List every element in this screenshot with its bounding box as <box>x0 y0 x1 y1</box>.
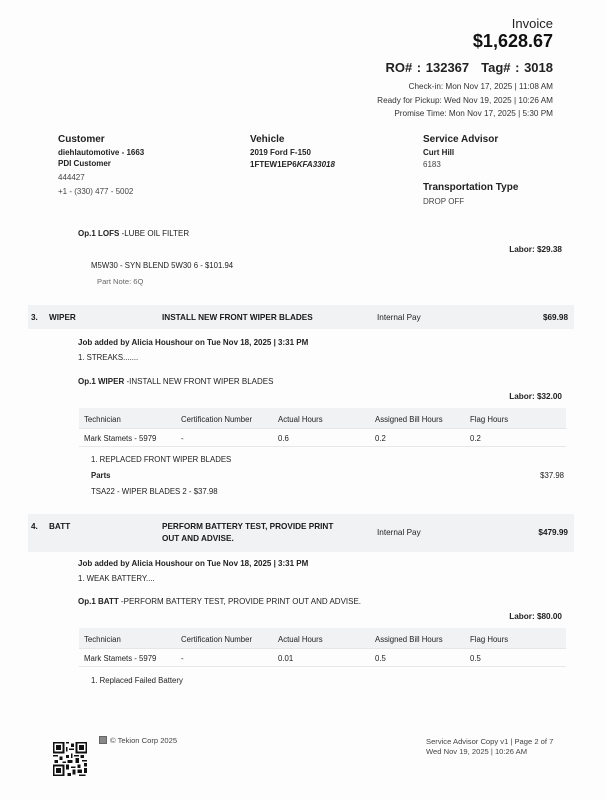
customer-phone: +1 - (330) 477 - 5002 <box>58 185 144 199</box>
job-concern: 1. WEAK BATTERY.... <box>78 574 155 583</box>
technician-table: Technician Certification Number Actual H… <box>79 408 566 447</box>
job-code: BATT <box>49 522 70 531</box>
vehicle-vin: 1FTEW1EP6KFA33018 <box>250 158 335 171</box>
job-concern: 1. STREAKS....... <box>78 353 138 362</box>
job-part: TSA22 - WIPER BLADES 2 - $37.98 <box>91 487 218 496</box>
col-technician: Technician <box>84 635 121 644</box>
invoice-title: Invoice <box>512 16 553 31</box>
job-pay-type: Internal Pay <box>377 528 421 537</box>
col-actual-hours: Actual Hours <box>278 415 323 424</box>
qr-code-icon <box>53 741 87 777</box>
check-in-time: Check-in: Mon Nov 17, 2025 | 11:08 AM <box>409 82 553 91</box>
job-amount: $479.99 <box>538 528 568 537</box>
technician-table-header: Technician Certification Number Actual H… <box>79 628 566 649</box>
col-certification: Certification Number <box>181 635 252 644</box>
job-number: 4. <box>31 522 38 531</box>
prev-labor: Labor: $29.38 <box>509 245 562 254</box>
col-flag-hours: Flag Hours <box>470 415 508 424</box>
vehicle-block: Vehicle 2019 Ford F-150 1FTEW1EP6KFA3301… <box>250 134 335 171</box>
flag-hours: 0.2 <box>470 434 481 443</box>
assigned-bill-hours: 0.5 <box>375 654 386 663</box>
col-flag-hours: Flag Hours <box>470 635 508 644</box>
job-row-3[interactable]: 3. WIPER INSTALL NEW FRONT WIPER BLADES … <box>28 305 574 329</box>
table-row: Mark Stamets - 5979 - 0.01 0.5 0.5 <box>79 649 566 667</box>
transportation-value: DROP OFF <box>423 195 518 209</box>
prev-op-code: Op.1 LOFS <box>78 229 119 238</box>
parts-label: Parts <box>91 471 111 480</box>
ro-tag-line: RO# : 132367Tag# : 3018 <box>385 60 553 75</box>
job-added-by: Job added by Alicia Houshour on Tue Nov … <box>78 338 308 347</box>
tag-number: Tag# : 3018 <box>481 60 553 75</box>
job-row-4[interactable]: 4. BATT PERFORM BATTERY TEST, PROVIDE PR… <box>28 514 574 552</box>
assigned-bill-hours: 0.2 <box>375 434 386 443</box>
job-code: WIPER <box>49 313 76 322</box>
technician-name: Mark Stamets - 5979 <box>84 434 156 443</box>
prev-op-desc: -LUBE OIL FILTER <box>119 229 189 238</box>
vehicle-heading: Vehicle <box>250 134 335 145</box>
flag-hours: 0.5 <box>470 654 481 663</box>
technician-table: Technician Certification Number Actual H… <box>79 628 566 667</box>
job-op-line: Op.1 WIPER -INSTALL NEW FRONT WIPER BLAD… <box>78 377 273 386</box>
col-actual-hours: Actual Hours <box>278 635 323 644</box>
customer-heading: Customer <box>58 134 144 145</box>
job-correction: 1. REPLACED FRONT WIPER BLADES <box>91 455 231 464</box>
copyright-text: © Tekion Corp 2025 <box>110 736 177 745</box>
vehicle-model: 2019 Ford F-150 <box>250 147 335 158</box>
col-assigned-bill-hours: Assigned Bill Hours <box>375 415 443 424</box>
parts-total: $37.98 <box>540 471 564 480</box>
job-op-code: Op.1 WIPER <box>78 377 124 386</box>
actual-hours: 0.01 <box>278 654 293 663</box>
service-advisor-block: Service Advisor Curt Hill 6183 Transport… <box>423 134 518 209</box>
table-row: Mark Stamets - 5979 - 0.6 0.2 0.2 <box>79 429 566 447</box>
job-description: INSTALL NEW FRONT WIPER BLADES <box>162 313 313 322</box>
job-description-line1: PERFORM BATTERY TEST, PROVIDE PRINT <box>162 522 333 531</box>
customer-type: PDI Customer <box>58 158 144 169</box>
ready-for-pickup-time: Ready for Pickup: Wed Nov 19, 2025 | 10:… <box>377 96 553 105</box>
actual-hours: 0.6 <box>278 434 289 443</box>
technician-name: Mark Stamets - 5979 <box>84 654 156 663</box>
technician-table-header: Technician Certification Number Actual H… <box>79 408 566 429</box>
job-labor: Labor: $80.00 <box>509 612 562 621</box>
customer-id: 444427 <box>58 171 144 185</box>
prev-part-note: Part Note: 6Q <box>97 277 143 286</box>
service-advisor-heading: Service Advisor <box>423 134 518 145</box>
certification-number: - <box>181 654 184 663</box>
transportation-heading: Transportation Type <box>423 182 518 193</box>
certification-number: - <box>181 434 184 443</box>
vin-prefix: 1FTEW1EP6 <box>250 160 297 169</box>
service-advisor-name: Curt Hill <box>423 147 518 158</box>
tekion-logo-icon <box>99 736 107 744</box>
col-certification: Certification Number <box>181 415 252 424</box>
printed-time: Wed Nov 19, 2025 | 10:26 AM <box>426 747 527 756</box>
job-added-by: Job added by Alicia Houshour on Tue Nov … <box>78 559 308 568</box>
ro-number: RO# : 132367 <box>385 60 469 75</box>
job-pay-type: Internal Pay <box>377 313 421 322</box>
job-amount: $69.98 <box>543 313 568 322</box>
copy-info: Service Advisor Copy v1 | Page 2 of 7 <box>426 737 553 746</box>
customer-block: Customer diehlautomotive - 1663 PDI Cust… <box>58 134 144 198</box>
prev-part: M5W30 - SYN BLEND 5W30 6 - $101.94 <box>91 261 233 270</box>
job-op-line: Op.1 BATT -PERFORM BATTERY TEST, PROVIDE… <box>78 597 361 606</box>
col-assigned-bill-hours: Assigned Bill Hours <box>375 635 443 644</box>
service-advisor-id: 6183 <box>423 158 518 172</box>
job-op-code: Op.1 BATT <box>78 597 119 606</box>
prev-op-line: Op.1 LOFS -LUBE OIL FILTER <box>78 229 189 238</box>
job-number: 3. <box>31 313 38 322</box>
copyright: © Tekion Corp 2025 <box>99 736 177 745</box>
job-description-line2: OUT AND ADVISE. <box>162 534 234 543</box>
job-correction: 1. Replaced Failed Battery <box>91 676 183 685</box>
customer-name: diehlautomotive - 1663 <box>58 147 144 158</box>
invoice-total: $1,628.67 <box>473 31 553 52</box>
job-labor: Labor: $32.00 <box>509 392 562 401</box>
job-op-desc: -INSTALL NEW FRONT WIPER BLADES <box>124 377 273 386</box>
job-op-desc: -PERFORM BATTERY TEST, PROVIDE PRINT OUT… <box>119 597 361 606</box>
col-technician: Technician <box>84 415 121 424</box>
promise-time: Promise Time: Mon Nov 17, 2025 | 5:30 PM <box>394 109 553 118</box>
vin-suffix: KFA33018 <box>297 160 335 169</box>
